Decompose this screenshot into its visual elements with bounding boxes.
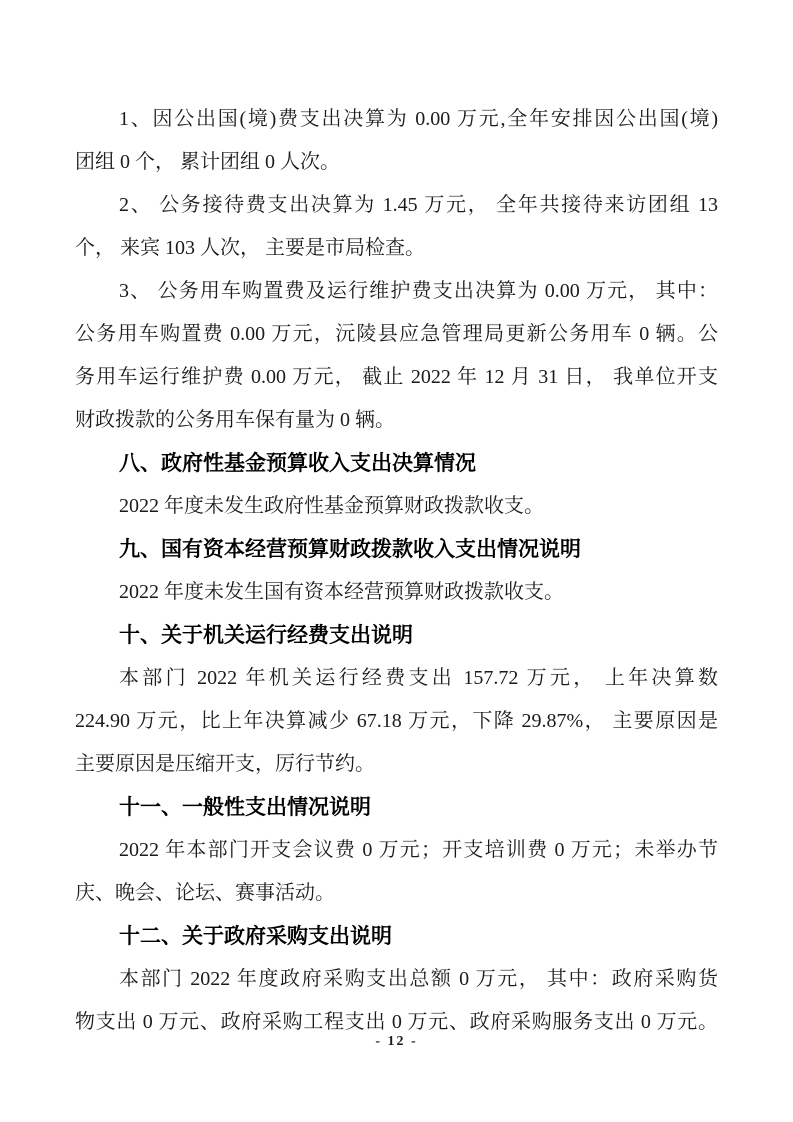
text-line: 团组 0 个， 累计团组 0 人次。 bbox=[75, 141, 718, 184]
document-page: 1、因公出国(境)费支出决算为 0.00 万元,全年安排因公出国(境) 团组 0… bbox=[0, 0, 793, 1122]
section-heading: 九、国有资本经营预算财政拨款收入支出情况说明 bbox=[75, 528, 718, 571]
text-line: 2022 年度未发生政府性基金预算财政拨款收支。 bbox=[75, 485, 718, 528]
text-line: 1、因公出国(境)费支出决算为 0.00 万元,全年安排因公出国(境) bbox=[75, 98, 718, 141]
text-line: 3、 公务用车购置费及运行维护费支出决算为 0.00 万元， 其中： bbox=[75, 270, 718, 313]
section-heading: 八、政府性基金预算收入支出决算情况 bbox=[75, 442, 718, 485]
text-line: 财政拨款的公务用车保有量为 0 辆。 bbox=[75, 399, 718, 442]
section-heading: 十一、一般性支出情况说明 bbox=[75, 786, 718, 829]
text-line: 2022 年度未发生国有资本经营预算财政拨款收支。 bbox=[75, 571, 718, 614]
text-line: 本部门 2022 年度政府采购支出总额 0 万元， 其中：政府采购货 bbox=[75, 958, 718, 1001]
document-body: 1、因公出国(境)费支出决算为 0.00 万元,全年安排因公出国(境) 团组 0… bbox=[75, 98, 718, 1044]
text-line: 本部门 2022 年机关运行经费支出 157.72 万元， 上年决算数 bbox=[75, 657, 718, 700]
text-line: 2、 公务接待费支出决算为 1.45 万元， 全年共接待来访团组 13 bbox=[75, 184, 718, 227]
section-heading: 十、关于机关运行经费支出说明 bbox=[75, 614, 718, 657]
text-line: 主要原因是压缩开支，厉行节约。 bbox=[75, 743, 718, 786]
section-heading: 十二、关于政府采购支出说明 bbox=[75, 915, 718, 958]
text-line: 庆、晚会、论坛、赛事活动。 bbox=[75, 872, 718, 915]
text-line: 务用车运行维护费 0.00 万元， 截止 2022 年 12 月 31 日， 我… bbox=[75, 356, 718, 399]
text-line: 224.90 万元，比上年决算减少 67.18 万元，下降 29.87%， 主要… bbox=[75, 700, 718, 743]
text-line: 2022 年本部门开支会议费 0 万元；开支培训费 0 万元；未举办节 bbox=[75, 829, 718, 872]
text-line: 个， 来宾 103 人次， 主要是市局检查。 bbox=[75, 227, 718, 270]
page-number: - 12 - bbox=[0, 1034, 793, 1050]
text-line: 公务用车购置费 0.00 万元，沅陵县应急管理局更新公务用车 0 辆。公 bbox=[75, 313, 718, 356]
